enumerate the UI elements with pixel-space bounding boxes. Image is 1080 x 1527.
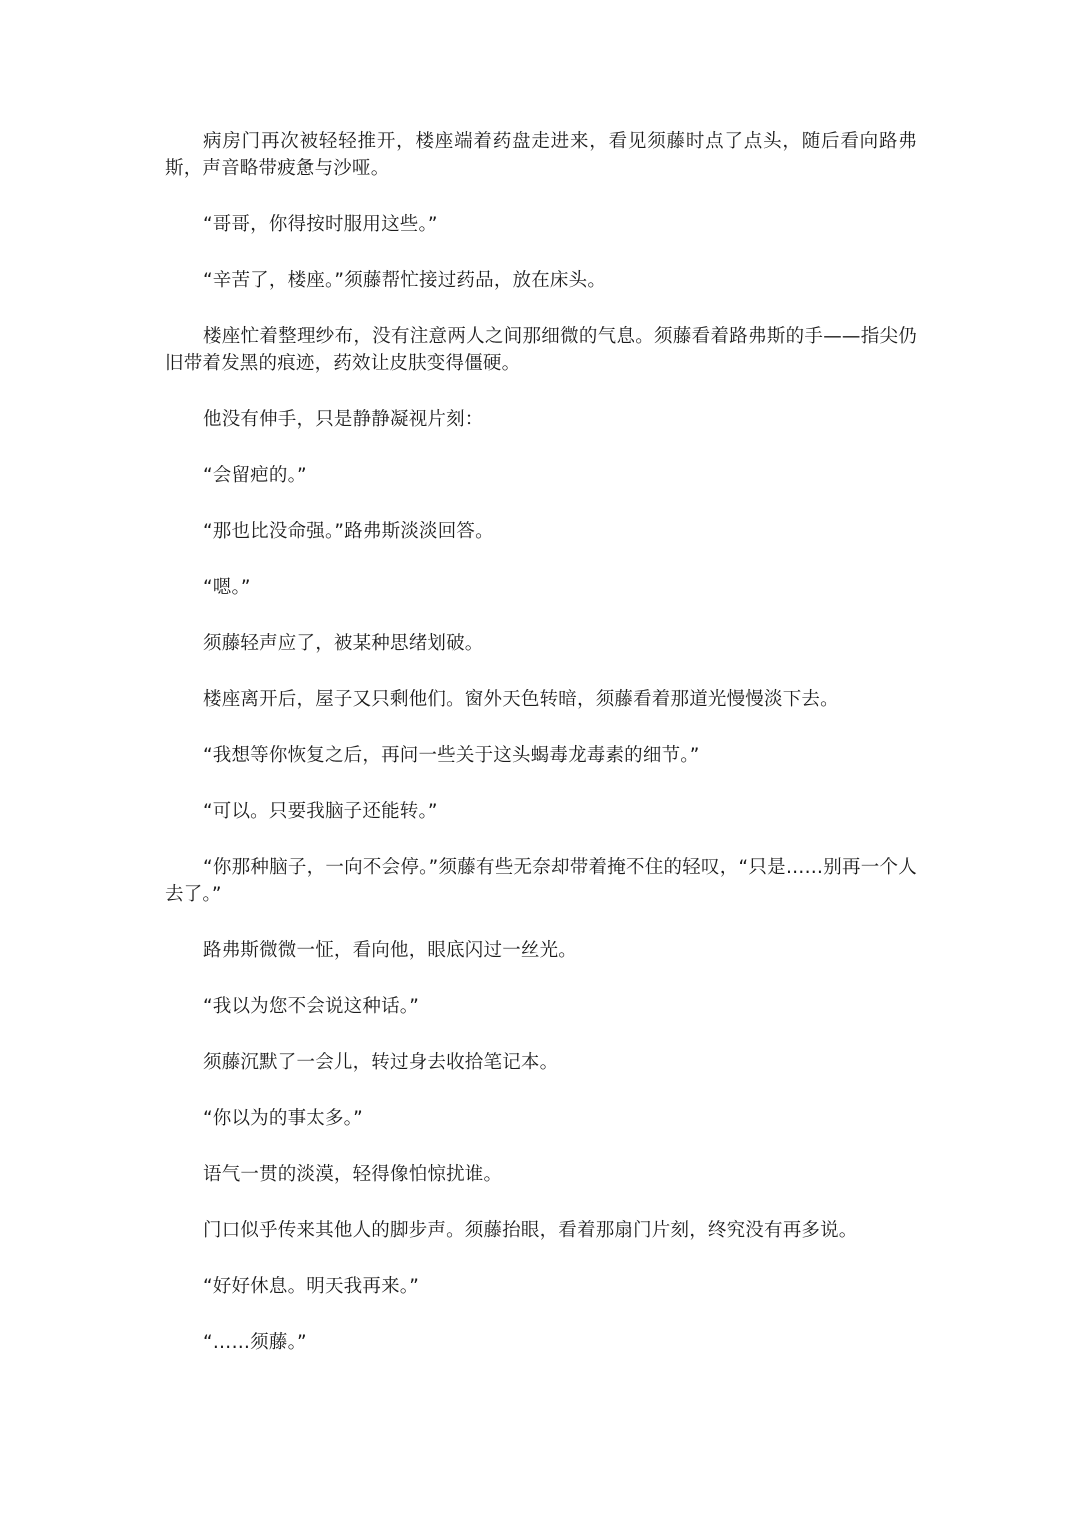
paragraph: 须藤轻声应了，被某种思绪划破。 — [165, 630, 917, 657]
paragraph: “那也比没命强。”路弗斯淡淡回答。 — [165, 518, 917, 545]
paragraph: “你那种脑子，一向不会停。”须藤有些无奈却带着掩不住的轻叹，“只是……别再一个人… — [165, 854, 917, 908]
paragraph: “会留疤的。” — [165, 462, 917, 489]
paragraph: “嗯。” — [165, 574, 917, 601]
document-page: 病房门再次被轻轻推开，楼座端着药盘走进来，看见须藤时点了点头，随后看向路弗斯，声… — [165, 128, 917, 1385]
paragraph: “好好休息。明天我再来。” — [165, 1273, 917, 1300]
paragraph: 楼座忙着整理纱布，没有注意两人之间那细微的气息。须藤看着路弗斯的手——指尖仍旧带… — [165, 323, 917, 377]
paragraph: “我以为您不会说这种话。” — [165, 993, 917, 1020]
paragraph: 门口似乎传来其他人的脚步声。须藤抬眼，看着那扇门片刻，终究没有再多说。 — [165, 1217, 917, 1244]
paragraph: “你以为的事太多。” — [165, 1105, 917, 1132]
paragraph: 楼座离开后，屋子又只剩他们。窗外天色转暗，须藤看着那道光慢慢淡下去。 — [165, 686, 917, 713]
paragraph: 须藤沉默了一会儿，转过身去收拾笔记本。 — [165, 1049, 917, 1076]
paragraph: 路弗斯微微一怔，看向他，眼底闪过一丝光。 — [165, 937, 917, 964]
paragraph: 语气一贯的淡漠，轻得像怕惊扰谁。 — [165, 1161, 917, 1188]
paragraph: “我想等你恢复之后，再问一些关于这头蝎毒龙毒素的细节。” — [165, 742, 917, 769]
paragraph: “……须藤。” — [165, 1329, 917, 1356]
paragraph: 病房门再次被轻轻推开，楼座端着药盘走进来，看见须藤时点了点头，随后看向路弗斯，声… — [165, 128, 917, 182]
paragraph: “辛苦了，楼座。”须藤帮忙接过药品，放在床头。 — [165, 267, 917, 294]
paragraph: “哥哥，你得按时服用这些。” — [165, 211, 917, 238]
paragraph: 他没有伸手，只是静静凝视片刻： — [165, 406, 917, 433]
paragraph: “可以。只要我脑子还能转。” — [165, 798, 917, 825]
